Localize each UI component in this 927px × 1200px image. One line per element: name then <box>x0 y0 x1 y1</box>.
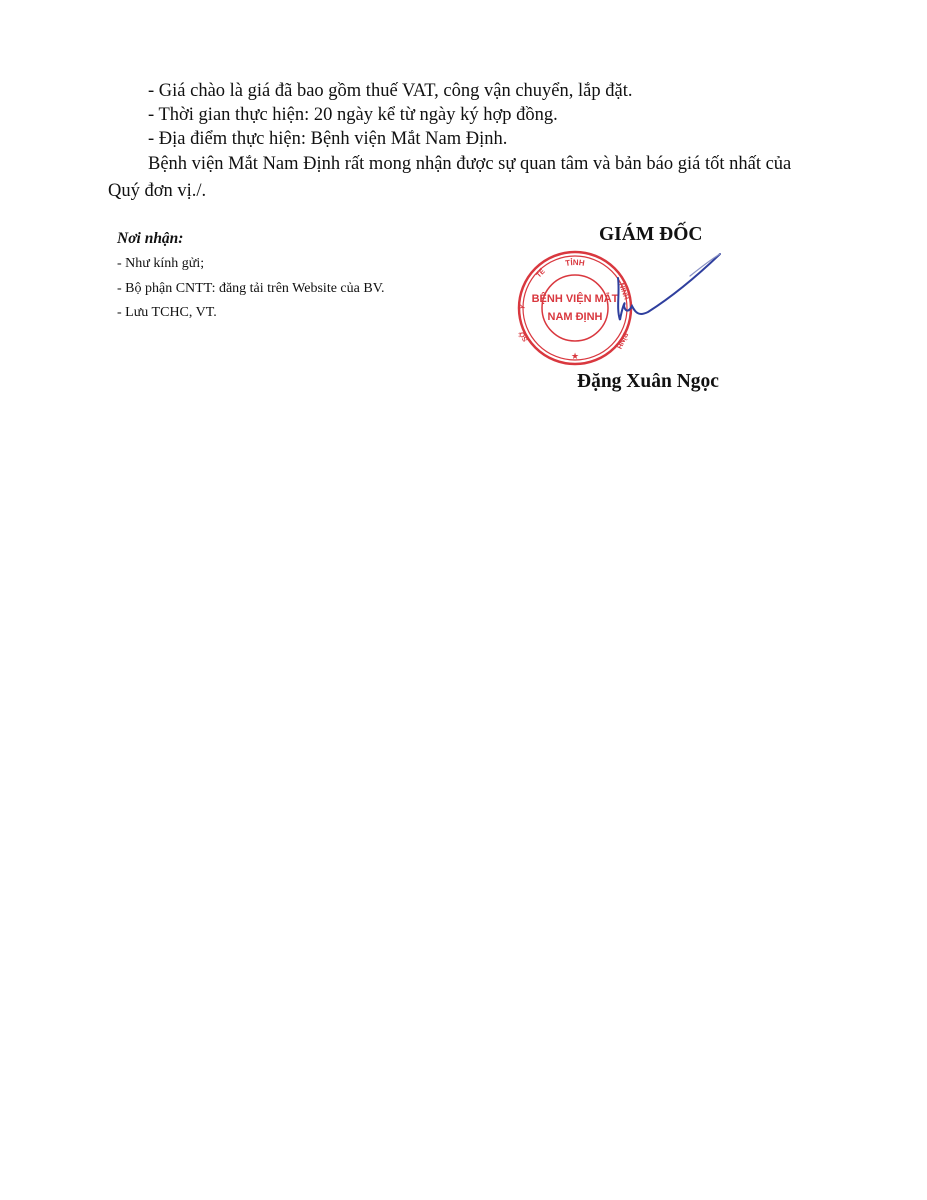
stamp-center-line-2: NAM ĐỊNH <box>548 311 603 323</box>
handwritten-signature-icon <box>600 248 725 328</box>
recipients-title: Nơi nhận: <box>117 228 385 250</box>
recipients-block: Nơi nhận: - Như kính gửi; - Bộ phận CNTT… <box>117 228 385 326</box>
recipient-item: - Như kính gửi; <box>117 252 385 277</box>
svg-text:★: ★ <box>571 352 579 362</box>
closing-line-2: Quý đơn vị./. <box>108 179 206 203</box>
signer-title: GIÁM ĐỐC <box>599 224 702 246</box>
recipient-item: - Bộ phận CNTT: đăng tải trên Website củ… <box>117 277 385 302</box>
recipient-item: - Lưu TCHC, VT. <box>117 301 385 326</box>
condition-location-line: - Địa điểm thực hiện: Bệnh viện Mắt Nam … <box>148 127 507 151</box>
svg-text:BÌNH: BÌNH <box>615 331 630 350</box>
closing-line-1: Bệnh viện Mắt Nam Định rất mong nhận đượ… <box>148 152 791 176</box>
svg-text:SỞ: SỞ <box>517 330 530 344</box>
condition-price-line: - Giá chào là giá đã bao gồm thuế VAT, c… <box>148 79 632 103</box>
condition-time-line: - Thời gian thực hiện: 20 ngày kể từ ngà… <box>148 103 558 127</box>
signer-name: Đặng Xuân Ngọc <box>577 371 719 393</box>
svg-text:TỈNH: TỈNH <box>565 258 586 268</box>
